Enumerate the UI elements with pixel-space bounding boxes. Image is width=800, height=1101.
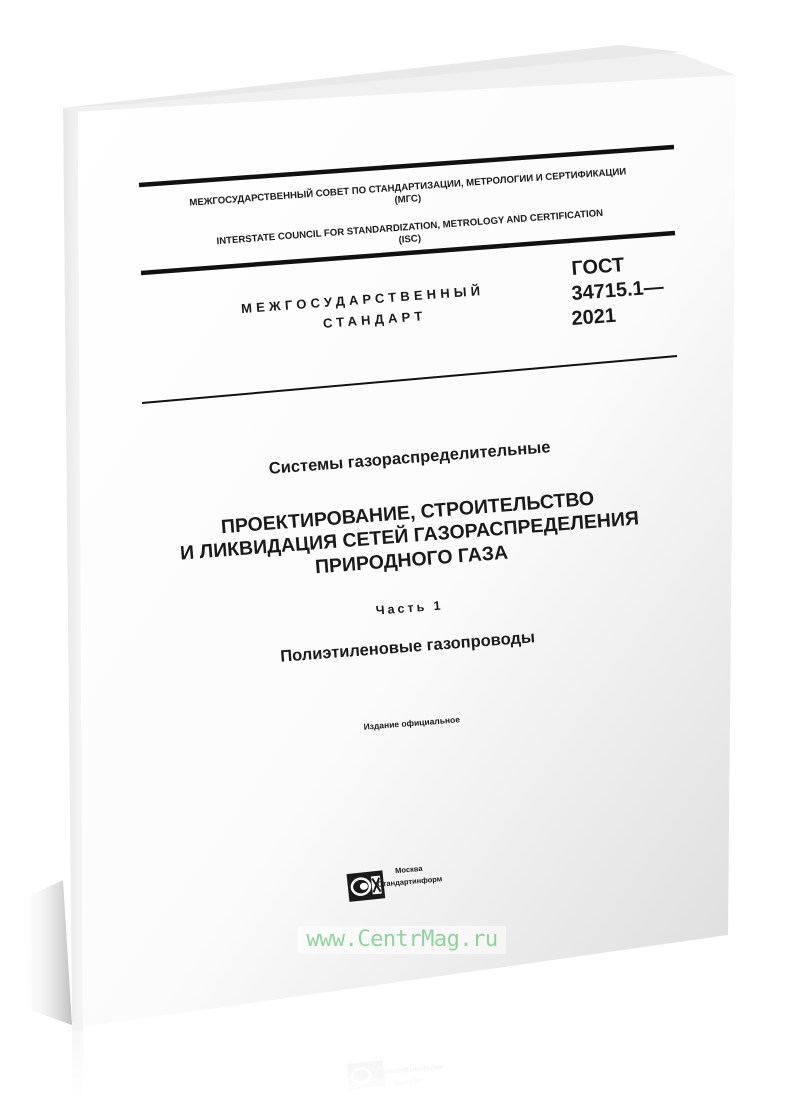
gost-prefix: ГОСТ: [571, 254, 625, 280]
council-ru-abbr: (МГС): [394, 193, 421, 206]
book-shadow: [20, 880, 72, 1025]
council-en-abbr: (ISC): [398, 233, 421, 246]
gost-year: 2021: [571, 305, 617, 330]
book-render: МЕЖГОСУДАРСТВЕННЫЙ СОВЕТ ПО СТАНДАРТИЗАЦ…: [0, 0, 800, 1101]
